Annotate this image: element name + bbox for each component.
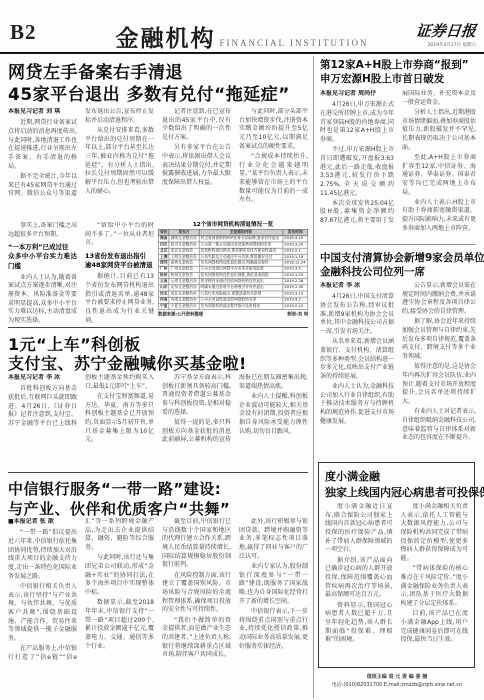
duxiaoman-body: 度小满金融近日宣布,联合保险公司独家上线国内首款冠心病患者可投保的医疗保险产品,… [325,503,468,661]
article-paragraph: 4月26日,中国支付清算协会发布公告称,经审议批准,新增9家机构为协会会员单位,… [320,293,394,336]
table-source-left: 数据来源:公开资料整理 [158,311,203,317]
article-paragraph: 不过,申万宏源H股上市首日即遭破发,开盘报3.63港元,此后一路走低,收盘报3.… [320,146,394,198]
article-paragraph: 在风险控制方面,该行建立了覆盖国别风险、市场风险与合规风险的全流程管理体系,确保… [162,572,231,615]
article-paragraph: 有业内人士对记者表示,自律组织吸纳金融科技公司,意味着监管与自律体系对新业态的包… [402,408,476,443]
table-title: 12个省市网贷机构清退情况一览 [158,220,308,228]
p2p-body-top: 本报见习记者 刘 琪近期,网贷行业备案试点将启动的消息再度传出,与此同时,各地清… [8,108,308,220]
table-cell: 宁夏 [158,303,169,309]
citic-headline-1: 中信银行服务“一带一路”建设: [8,478,221,499]
article-paragraph: 从兑付安排来看,多数平台给出的兑付周期在一年以上,部分平台甚至长达三年,被业内称… [85,127,154,197]
divider-left-2 [8,472,308,473]
table-row: 山东山东互金整治办明确未通过验收平台将被引导有序退出2019.1.30 [158,285,307,291]
table-row: 宁夏宁夏互金整治办发布网贷机构退出程序指引及时间表2019.2.15 [158,303,307,309]
table-source: 数据来源:公开资料整理 制表:刘 琪 [158,311,308,317]
article-paragraph: 苏宁基金方面表示,科创板打新须具备较高门槛,普通投资者借道公募基金参与科创板投资… [162,374,231,417]
table-source-right: 制表:刘 琪 [287,311,308,317]
table-cell: 发布网贷机构退出程序指引及时间表 [199,303,283,309]
article-paragraph: 据介绍,该产品面向已确诊冠心病的人群开放投保,保障范围覆盖心血管疾病再次治疗等场… [325,557,393,600]
footer-editors: 值班主编 袁 元 责 编 姜 楠 [318,674,476,682]
newspaper-masthead: 证券日报 2019年4月27日 星期六 [416,20,476,48]
table-row: 杭州杭州互金协会发布网贷机构良性退出规程,规范清退流程2019.1.25 [158,273,307,279]
section-title: 金融机构 [116,26,216,51]
article-paragraph: 资料显示,我国冠心病患者人数已超千万,且呈年轻化趋势,该人群长期面临“投保难、理… [325,602,393,645]
section-title-en: FINANCIAL INSTITUTION [220,38,369,48]
article-paragraph: 值得注意的是,这是协会年内再次扩容会员队伍,业内预计,随着支付市场开放程度提升,… [402,363,476,406]
article-paragraph: 中信银行相关负责人表示,该行坚持“与产业共舞、与伙伴共舞、与优质客户共舞”,围绕… [8,583,77,644]
pcac-headline-1: 中国支付清算协会新增9家会员单位 [320,250,484,265]
divider-right-1 [320,244,476,245]
article-paragraph: 至此,A+H股上市券商扩容至12家,中信证券、海通证券、华泰证券、国泰君安等均已… [402,154,476,197]
article-byline: 本报见习记者 李 冰 [8,374,77,383]
article-paragraph: “我们不做简单的资金提供者,而是做产业生态的共建者。”上述负责人称,银行将继续深… [162,617,231,660]
pcac-headline-2: 金融科技公司位列一席 [320,264,425,279]
divider-left-1 [8,327,308,328]
article-paragraph: 公告显示,新增会员需在规定时间内缴纳会费,并承诺遵守协会章程及各项自律公约,接受… [402,282,476,317]
article-paragraph: 据统计,目前已有13个省份发布网贷机构退出指引或清退名单,逾48家平台被要求停止… [85,273,154,325]
section-header: 金融机构FINANCIAL INSTITUTION [0,20,484,53]
fund-body: 本报见习记者 李 冰首批科创板方向基金获批后,互联网巨头旋即跟进。4月26日,《… [8,374,308,462]
article-paragraph: 与此同时,部分头部平台加快增资步伐,注册资本实缴金额纷纷提升至5亿元乃至10亿元… [239,108,308,151]
pcac-body: 本报记者 李 冰4月26日,中国支付清算协会发布公告称,经审议批准,新增9家机构… [320,282,476,454]
citic-body: ■本报记者 张 歆“一带一路”倡议提出近六年来,中信银行依托集团协同优势,持续加… [8,518,308,696]
fund-headline-2: 支付宝、苏宁金融喊你买基金啦! [8,351,247,374]
article-paragraph: 另有多家平台在公告中表示,将依据出借人会议表决结果分期兑付,并定期披露催收进展,… [162,144,231,187]
article-paragraph: “一带一路”倡议提出近六年来,中信银行依托集团协同优势,持续加大对沿线重大项目的… [8,529,77,581]
article-paragraph: 截至目前,中信银行已与沿线数十个国家和地区的代理行建立合作关系,跨境人民币结算量… [162,518,231,570]
article-paragraph: 业内人士认为,随着备案试点方案逐步清晰,对注册资本、风险准备金等要求明显提高,众… [8,274,77,326]
table-row: 河南河南互金整治办公示主动良性退出的网贷机构名单2019.4.2 [158,297,307,303]
duxiaoman-box: 度小满金融 独家上线国内冠心病患者可投保保险 度小满金融近日宣布,联合保险公司独… [318,462,475,668]
article-paragraph: 业内人士认为,金融科技公司加入行业自律组织,有助于推动技术服务方与持牌机构的规范… [320,383,394,426]
article-paragraph: 与此同时,该行还与集团兄弟公司联动,形成“金融+实业”的协同打法,在多个海外项目… [85,554,154,597]
article-paragraph: 从名单来看,新增会员涵盖银行、支付机构、清算组织等多种类型,会员结构进一步多元化… [320,338,394,381]
article-byline: 本报见习记者 刘 琪 [8,108,77,117]
table-cell: 2018.12.24 [283,260,308,266]
article-paragraph: 度小满金融相关负责人表示,依托人工智能与大数据风控能力,公司与保险机构共同完成了… [401,503,469,564]
table-cell: 2019.2.15 [283,303,308,309]
table-body: 湖南湖南互金整治办对全省网贷机构P2P业务予以取缔,要求有序退出2019.4.1… [158,236,307,310]
newspaper-page: B2 金融机构FINANCIAL INSTITUTION 证券日报 2019年4… [0,0,484,700]
article-paragraph: 业内专家认为,股份制银行深度参与“一带一路”建设,既服务了国家战略,也为自身国际… [239,563,308,606]
table-row: 深圳深圳互金协会发布网贷机构良性退出指引,明确退出程序2018.12.24 [158,260,307,266]
article-paragraph: 据了解,协会近年来持续加强会员管理与自律约束,先后发布多项自律规范,覆盖条码支付… [402,318,476,361]
citic-headline-2: 与产业、伙伴和优质客户“共舞” [8,498,230,519]
newspaper-logo: 证券日报 [415,20,477,41]
article-paragraph: “留给中小平台的时间不多了。”一位从业者坦言。 [85,222,154,248]
table-cell: 河南互金整治办 [169,297,199,303]
page-footer: 值班主编 袁 元 责 编 姜 楠 电话:(010)82031700 E-mail… [318,674,476,689]
article-paragraph: 4月26日,申万宏源正式在港交所挂牌上市,成为今年首家登陆H股的内地券商,同时也… [320,101,394,144]
article-paragraph: 记者注意到,在已宣布退出的45家平台中,仅有少数给出了明确的一次性兑付方案。 [162,108,231,143]
footer-contact: 电话:(010)82031700 E-mail:zmzzb@zqrb.sina.… [318,682,476,690]
article-paragraph: 在支付宝财富频道,易方达、华夏、南方等多只科创板主题基金已开放预约,页面显示5月… [85,393,154,445]
header-rule [0,52,484,54]
article-paragraph: 此外,该行积极参与银团贷款、跨境并购融资等业务,多笔标志性项目落地,赢得了同业与… [239,518,308,561]
article-paragraph: 数据显示,截至2018年年末,中信银行支持“一带一路”项目超过200个,累计投放… [85,599,154,651]
swhy-body: 本报见习记者 周尚伃4月26日,申万宏源正式在港交所挂牌上市,成为今年首家登陆H… [320,90,476,240]
article-paragraph: “带病体保险的核心难点在于风险定价。”度小满金融保险业务负责人表示,团队基于医疗… [401,565,469,608]
article-paragraph: 业内人士表示,H股上市有助于券商拓宽融资渠道、提升国际影响力,未来或有更多券商加… [402,199,476,234]
duxiaoman-headline-2: 独家上线国内冠心病患者可投保保险 [325,484,468,500]
swhy-headline-1: 第12家A+H股上市券商“报到” [320,57,469,72]
article-byline: ■本报记者 张 歆 [8,518,77,527]
article-paragraph: 业内人士提醒,科创板企业波动可能较大,相关基金设有封闭期,投资者应根据自身风险承… [239,393,308,436]
table-cell: 山东互金整治办 [169,285,199,291]
article-paragraph: 目前,该产品已在度小满金融App上线,用户完成健康问卷后即可在线投保,最快当日生… [401,610,469,645]
swhy-headline-2: 申万宏源H股上市首日破发 [320,71,444,86]
article-paragraph: 度小满金融近日宣布,联合保险公司独家上线国内首款冠心病患者可投保的医疗保险产品,… [325,503,393,555]
masthead-date: 2019年4月27日 星期六 [416,42,476,48]
article-paragraph: 分析人士指出,近期港股市场情绪偏弱,叠加券商股估值压力,新股破发并不罕见,长期表… [402,109,476,152]
duxiaoman-headline-1: 度小满金融 [325,468,468,484]
p2p-body-bottom: 事实上,备案门槛之高远超很多平台预期。“一本万利”已成过往众多中小平台实力难达门… [8,222,154,326]
article-paragraph: 中信银行表示,下一步将围绕重点国别与重点行业,持续优化授信政策,推动国际业务高质… [239,608,308,651]
article-byline: 本报记者 李 冰 [320,282,394,291]
p2p-exit-table: 12个省市网贷机构清退情况一览 省份发布方主要通知内容发布时间 湖南湖南互金整治… [158,220,308,324]
article-byline: 本报见习记者 周尚伃 [320,90,394,99]
article-paragraph: 事实上,备案门槛之高远超很多平台预期。 [8,222,77,239]
column-divider [313,56,314,698]
table-cell: 宁夏互金整治办 [169,303,199,309]
article-paragraph: “合规成本持续抬升,行业分化会越来越明显。”某平台负责人表示,未来能够留在市场上… [239,153,308,205]
article-subhead: “一本万利”已成过往众多中小平台实力难达门槛 [8,243,77,270]
article-subhead: 13省份发布退出指引逾48家网贷平台被清退 [85,252,154,270]
p2p-headline-2: 45家平台退出 多数有兑付“拖延症” [8,80,290,105]
article-paragraph: 近期,网贷行业备案试点将启动的消息再度传出,与此同时,各地清退工作也在提速推进,… [8,119,77,171]
